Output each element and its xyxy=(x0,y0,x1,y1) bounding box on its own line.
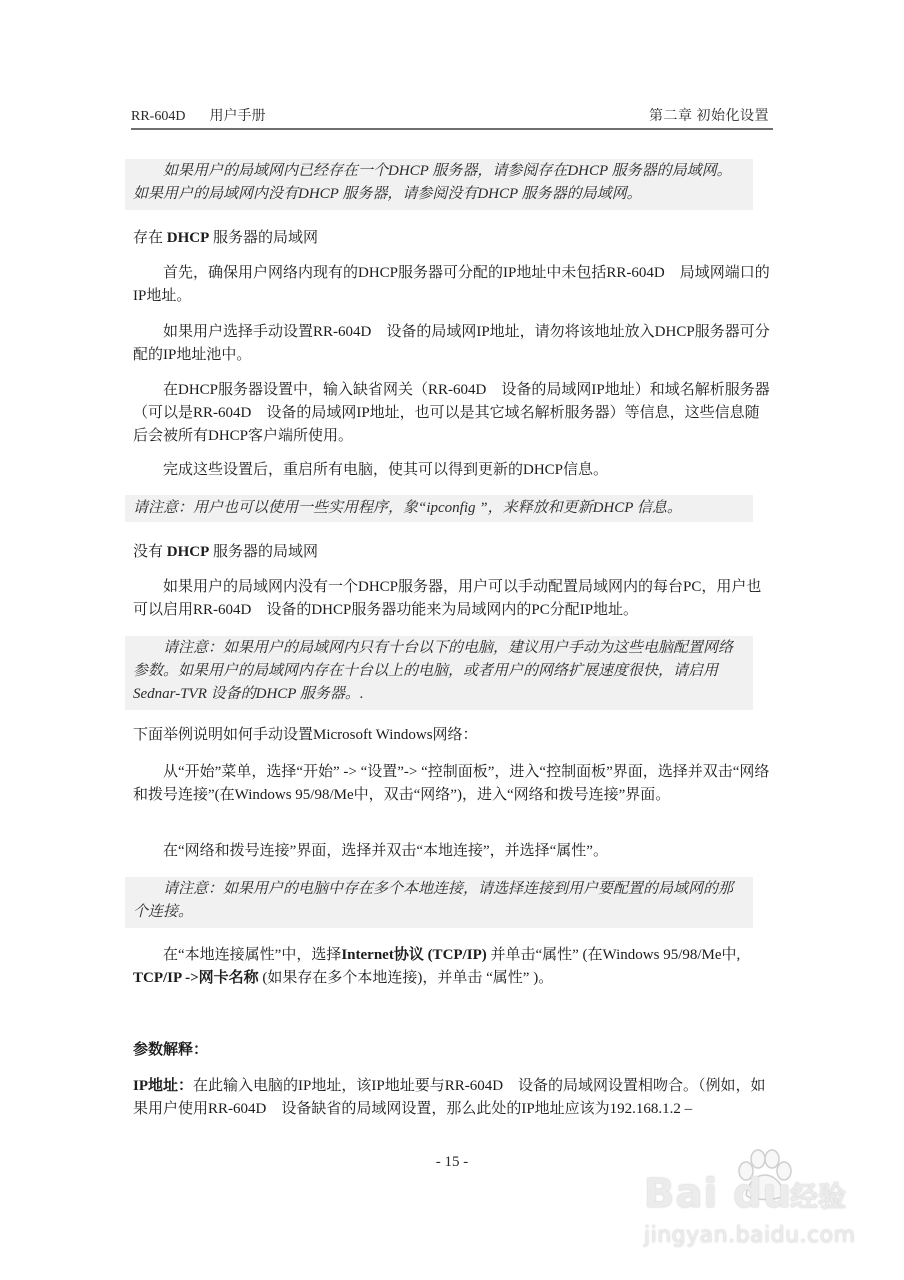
watermark-product: 经验 xyxy=(790,1175,846,1215)
small-network-note: 请注意：如果用户的局域网内只有十台以下的电脑，建议用户手动为这些电脑配置网络参数… xyxy=(125,636,753,710)
watermark-domain: jingyan.baidu.com xyxy=(644,1223,856,1248)
header-left: RR-604D用户手册 xyxy=(131,108,265,126)
ipconfig-note: 请注意：用户也可以使用一些实用程序，象“ipconfig ”，来释放和更新DHC… xyxy=(125,495,753,522)
paragraph-gateway-dns: 在DHCP服务器设置中，输入缺省网关（RR-604D 设备的局域网IP地址）和域… xyxy=(133,379,773,448)
header-manual: 用户手册 xyxy=(209,109,265,124)
parameters-heading: 参数解释： xyxy=(133,1040,208,1060)
windows-setup-step-3: 在“本地连接属性”中，选择Internet协议 (TCP/IP) 并单击“属性”… xyxy=(133,944,773,990)
tcpip-protocol-label: Internet协议 (TCP/IP) xyxy=(341,947,486,963)
section-heading-with-dhcp: 存在 DHCP 服务器的局域网 xyxy=(133,228,318,248)
paragraph-exclude-address: 首先，确保用户网络内现有的DHCP服务器可分配的IP地址中未包括RR-604D … xyxy=(133,262,773,308)
baidu-jingyan-watermark: Bai du 经验 jingyan.baidu.com xyxy=(640,1145,870,1255)
watermark-brand: Bai du xyxy=(644,1171,792,1217)
intro-note-line-2: 如果用户的局域网内没有DHCP 服务器，请参阅没有DHCP 服务器的局域网。 xyxy=(133,183,753,206)
paragraph-no-dhcp: 如果用户的局域网内没有一个DHCP服务器，用户可以手动配置局域网内的每台PC，用… xyxy=(133,576,773,622)
ip-address-label: IP地址： xyxy=(133,1078,193,1094)
header-product: RR-604D xyxy=(131,109,185,124)
ip-address-paragraph: IP地址：在此输入电脑的IP地址，该IP地址要与RR-604D 设备的局域网设置… xyxy=(133,1075,773,1121)
paragraph-restart: 完成这些设置后，重启所有电脑，使其可以得到更新的DHCP信息。 xyxy=(133,459,773,482)
network-card-name-label: TCP/IP ->网卡名称 xyxy=(133,970,259,986)
manual-page: RR-604D用户手册 第二章 初始化设置 如果用户的局域网内已经存在一个DHC… xyxy=(0,0,904,1280)
intro-note-line-1: 如果用户的局域网内已经存在一个DHCP 服务器，请参阅存在DHCP 服务器的局域… xyxy=(133,160,753,183)
windows-setup-step-2: 在“网络和拨号连接”界面，选择并双击“本地连接”，并选择“属性”。 xyxy=(133,840,773,863)
windows-setup-intro: 下面举例说明如何手动设置Microsoft Windows网络： xyxy=(133,724,773,747)
intro-note: 如果用户的局域网内已经存在一个DHCP 服务器，请参阅存在DHCP 服务器的局域… xyxy=(125,159,753,210)
multiple-connections-note: 请注意：如果用户的电脑中存在多个本地连接，请选择连接到用户要配置的局域网的那个连… xyxy=(125,877,753,928)
header-chapter: 第二章 初始化设置 xyxy=(649,108,769,126)
running-header: RR-604D用户手册 第二章 初始化设置 xyxy=(131,106,773,130)
paragraph-manual-address: 如果用户选择手动设置RR-604D 设备的局域网IP地址，请勿将该地址放入DHC… xyxy=(133,321,773,367)
ip-address-description: 在此输入电脑的IP地址，该IP地址要与RR-604D 设备的局域网设置相吻合。（… xyxy=(133,1078,766,1117)
windows-setup-step-1: 从“开始”菜单，选择“开始” -> “设置”-> “控制面板”，进入“控制面板”… xyxy=(133,761,773,807)
section-heading-without-dhcp: 没有 DHCP 服务器的局域网 xyxy=(133,542,318,562)
